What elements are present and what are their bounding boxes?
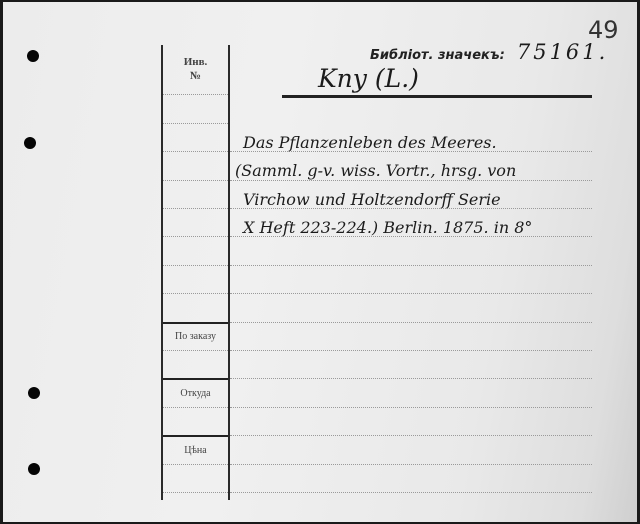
entry-rule <box>230 293 592 294</box>
punch-hole-1 <box>27 50 39 62</box>
punch-hole-3 <box>28 387 40 399</box>
library-mark-label: Библіот. значекъ: <box>370 48 505 63</box>
inv-label-line2: № <box>163 69 228 83</box>
author-underline <box>282 95 592 98</box>
left-column-border-right <box>228 45 230 500</box>
entry-rule <box>230 265 592 266</box>
left-rule <box>163 94 228 95</box>
entry-line-2: (Samml. g-v. wiss. Vortr., hrsg. von <box>235 161 516 180</box>
left-rule <box>163 236 228 237</box>
punch-hole-4 <box>28 463 40 475</box>
entry-line-3: Virchow und Holtzendorff Serie <box>243 190 501 209</box>
section-divider <box>163 435 228 437</box>
inv-label-line1: Инв. <box>163 55 228 69</box>
section-divider <box>163 322 228 324</box>
entry-rule <box>230 435 592 436</box>
left-rule <box>163 350 228 351</box>
by-order-label: По заказу <box>163 331 228 342</box>
inv-label: Инв. № <box>163 55 228 83</box>
left-rule <box>163 208 228 209</box>
entry-rule <box>230 322 592 323</box>
library-mark: Библіот. значекъ: 75161. <box>370 40 608 64</box>
left-rule <box>163 464 228 465</box>
entry-rule <box>230 378 592 379</box>
entry-rule <box>230 492 592 493</box>
left-column-border-left <box>161 45 163 500</box>
left-rule <box>163 180 228 181</box>
left-rule <box>163 293 228 294</box>
catalog-card: 49 Библіот. значекъ: 75161. Kny (L.) Инв… <box>3 2 637 522</box>
entry-rule <box>230 464 592 465</box>
left-rule <box>163 123 228 124</box>
from-where-label: Откуда <box>163 388 228 399</box>
library-mark-value: 75161. <box>517 40 608 64</box>
author-name: Kny (L.) <box>318 64 419 93</box>
left-rule <box>163 407 228 408</box>
punch-hole-2 <box>24 137 36 149</box>
left-rule <box>163 265 228 266</box>
section-divider <box>163 378 228 380</box>
left-rule <box>163 151 228 152</box>
entry-rule <box>230 350 592 351</box>
entry-rule <box>230 407 592 408</box>
entry-rule <box>230 180 592 181</box>
entry-line-4: X Heft 223-224.) Berlin. 1875. in 8° <box>243 218 532 237</box>
entry-line-1: Das Pflanzenleben des Meeres. <box>243 133 497 152</box>
price-label: Цѣна <box>163 445 228 456</box>
left-rule <box>163 492 228 493</box>
